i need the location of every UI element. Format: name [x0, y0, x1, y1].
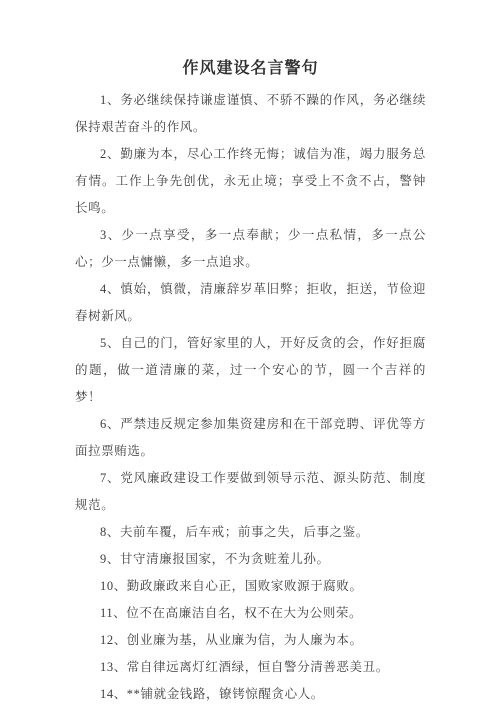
quote-item-5: 5、自己的门，管好家里的人，开好反贪的会，作好拒腐的题，做一道清廉的菜，过一个安…: [75, 330, 426, 411]
quote-item-11: 11、位不在高廉洁自名，权不在大为公则荣。: [75, 600, 426, 627]
document-page: 作风建设名言警句 1、务必继续保持谦虚谨慎、不骄不躁的作风，务必继续保持艰苦奋斗…: [0, 0, 500, 707]
quote-item-3: 3、少一点享受，多一点奉献；少一点私情，多一点公心；少一点慵懒，多一点追求。: [75, 222, 426, 276]
quote-item-8: 8、夫前车覆，后车戒；前事之失，后事之鉴。: [75, 519, 426, 546]
quote-item-14: 14、**铺就金钱路，镣铐惊醒贪心人。: [75, 681, 426, 707]
page-title: 作风建设名言警句: [75, 57, 426, 80]
quote-item-10: 10、勤政廉政来自心正，国败家败源于腐败。: [75, 573, 426, 600]
quote-item-2: 2、勤廉为本，尽心工作终无悔；诚信为准，竭力服务总有情。工作上争先创优，永无止境…: [75, 141, 426, 222]
quote-item-1: 1、务必继续保持谦虚谨慎、不骄不躁的作风，务必继续保持艰苦奋斗的作风。: [75, 87, 426, 141]
quote-item-13: 13、常自律远离灯红酒绿，恒自警分清善恶美丑。: [75, 654, 426, 681]
quote-item-9: 9、甘守清廉报国家，不为贪赃羞儿孙。: [75, 546, 426, 573]
quote-item-4: 4、慎始，慎微，清廉辞岁革旧弊；拒收，拒送，节俭迎春树新风。: [75, 276, 426, 330]
quote-item-12: 12、创业廉为基，从业廉为信，为人廉为本。: [75, 627, 426, 654]
quote-item-7: 7、党风廉政建设工作要做到领导示范、源头防范、制度规范。: [75, 465, 426, 519]
document-body: { "page": { "background_color": "#ffffff…: [0, 0, 500, 707]
quote-item-6: 6、严禁违反规定参加集资建房和在干部竞聘、评优等方面拉票贿选。: [75, 411, 426, 465]
